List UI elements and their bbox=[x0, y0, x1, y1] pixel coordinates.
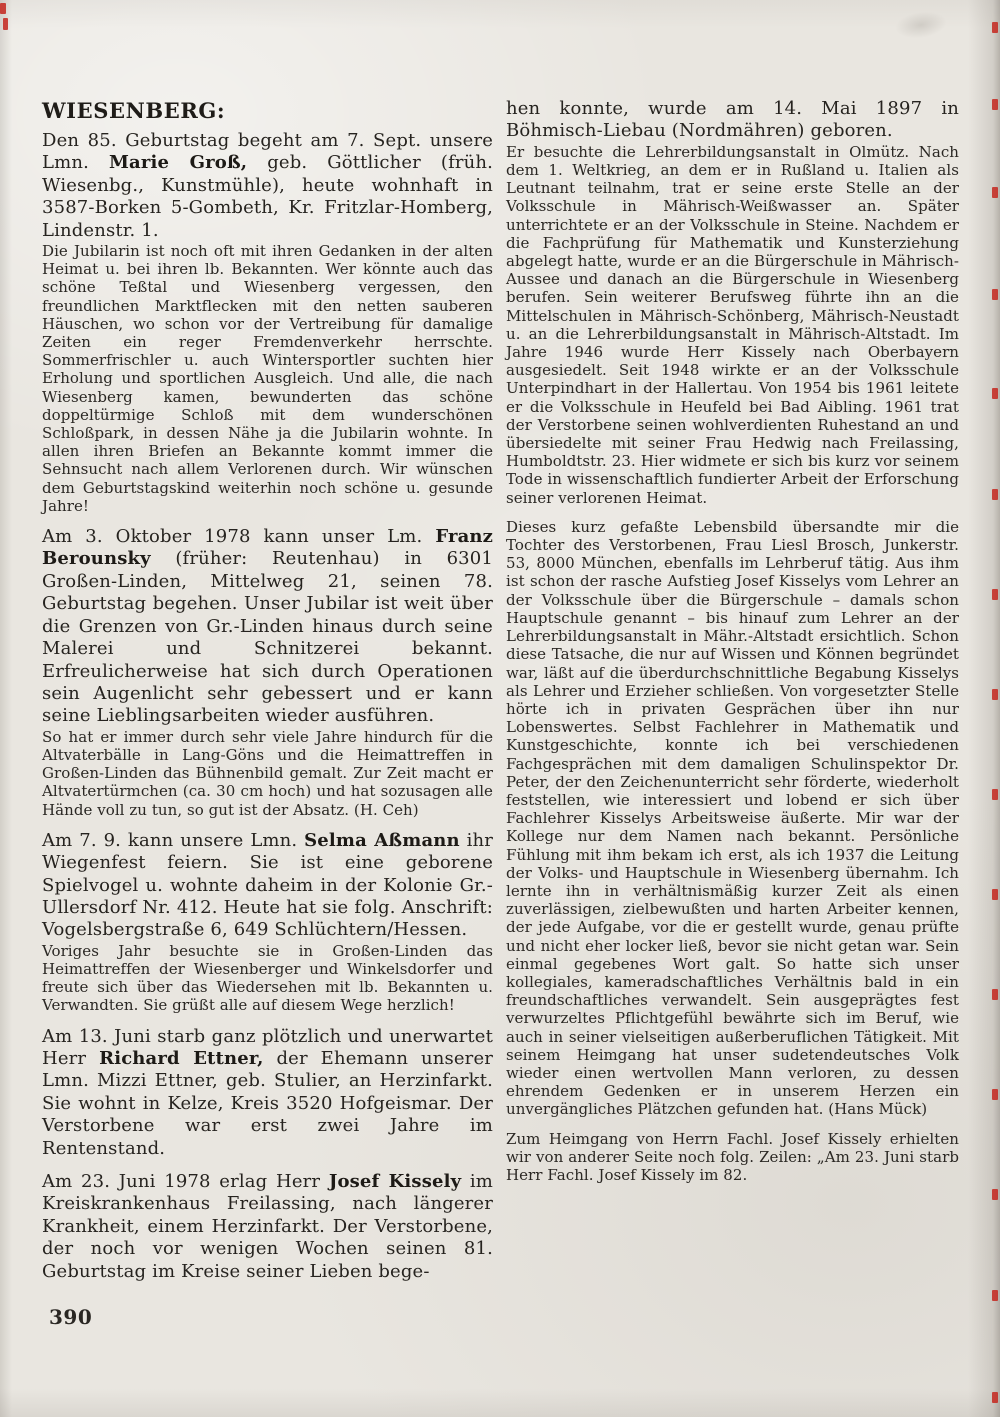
red-edge-mark bbox=[992, 187, 998, 198]
red-edge-mark bbox=[992, 489, 998, 500]
red-edge-mark bbox=[992, 1189, 998, 1200]
paragraph: Am 23. Juni 1978 erlag Herr Josef Kissel… bbox=[42, 1171, 493, 1283]
right-column-text: hen konnte, wurde am 14. Mai 1897 in Böh… bbox=[506, 98, 959, 1184]
red-edge-mark bbox=[992, 889, 998, 900]
paragraph: Den 85. Geburtstag begeht am 7. Sept. un… bbox=[42, 130, 493, 242]
person-name: Richard Ettner, bbox=[99, 1048, 263, 1069]
red-edge-mark bbox=[992, 99, 998, 110]
red-edge-mark bbox=[992, 1290, 998, 1301]
text-segment: Am 3. Oktober 1978 kann unser Lm. bbox=[42, 526, 435, 547]
red-edge-mark bbox=[992, 22, 998, 33]
text-segment: Die Jubilarin ist noch oft mit ihren Ged… bbox=[42, 242, 493, 515]
scanned-page: { "page": { "number": "390", "paper_colo… bbox=[0, 0, 1000, 1417]
text-segment: Voriges Jahr besuchte sie in Großen-Lind… bbox=[42, 942, 493, 1015]
red-edge-mark bbox=[992, 789, 998, 800]
paragraph: Die Jubilarin ist noch oft mit ihren Ged… bbox=[42, 242, 493, 515]
red-edge-mark bbox=[0, 3, 6, 14]
person-name: Josef Kissely bbox=[329, 1171, 461, 1192]
red-edge-mark bbox=[992, 289, 998, 300]
page-number: 390 bbox=[49, 1305, 92, 1329]
paragraph: Dieses kurz gefaßte Lebensbild übersandt… bbox=[506, 518, 959, 1119]
red-edge-mark bbox=[3, 18, 8, 30]
paragraph: Voriges Jahr besuchte sie in Großen-Lind… bbox=[42, 942, 493, 1015]
text-segment: (früher: Reutenhau) in 6301 Großen-Linde… bbox=[42, 548, 493, 726]
text-segment: Zum Heimgang von Herrn Fachl. Josef Kiss… bbox=[506, 1130, 959, 1184]
red-edge-mark bbox=[992, 388, 998, 399]
paragraph: Am 13. Juni starb ganz plötzlich und une… bbox=[42, 1026, 493, 1160]
person-name: Marie Groß, bbox=[109, 152, 247, 173]
paragraph: Am 3. Oktober 1978 kann unser Lm. Franz … bbox=[42, 526, 493, 728]
right-column: hen konnte, wurde am 14. Mai 1897 in Böh… bbox=[506, 98, 959, 1184]
scan-smudge bbox=[893, 9, 948, 42]
red-edge-mark bbox=[992, 589, 998, 600]
red-edge-mark bbox=[992, 1089, 998, 1100]
text-segment: Dieses kurz gefaßte Lebensbild übersandt… bbox=[506, 518, 959, 1119]
paragraph: Er besuchte die Lehrerbildungsanstalt in… bbox=[506, 143, 959, 507]
text-segment: So hat er immer durch sehr viele Jahre h… bbox=[42, 728, 493, 819]
paragraph: So hat er immer durch sehr viele Jahre h… bbox=[42, 728, 493, 819]
paragraph: hen konnte, wurde am 14. Mai 1897 in Böh… bbox=[506, 98, 959, 143]
paragraph: Am 7. 9. kann unsere Lmn. Selma Aßmann i… bbox=[42, 830, 493, 942]
left-column: WIESENBERG: Den 85. Geburtstag begeht am… bbox=[42, 98, 493, 1283]
red-edge-mark bbox=[992, 989, 998, 1000]
text-segment: Am 7. 9. kann unsere Lmn. bbox=[42, 830, 304, 851]
left-column-text: Den 85. Geburtstag begeht am 7. Sept. un… bbox=[42, 130, 493, 1283]
red-edge-mark bbox=[992, 689, 998, 700]
text-segment: Er besuchte die Lehrerbildungsanstalt in… bbox=[506, 143, 959, 507]
section-heading: WIESENBERG: bbox=[42, 98, 493, 123]
person-name: Selma Aßmann bbox=[304, 830, 460, 851]
paragraph: Zum Heimgang von Herrn Fachl. Josef Kiss… bbox=[506, 1130, 959, 1185]
text-segment: hen konnte, wurde am 14. Mai 1897 in Böh… bbox=[506, 98, 959, 141]
red-edge-mark bbox=[992, 1392, 998, 1403]
text-segment: Am 23. Juni 1978 erlag Herr bbox=[42, 1171, 329, 1192]
